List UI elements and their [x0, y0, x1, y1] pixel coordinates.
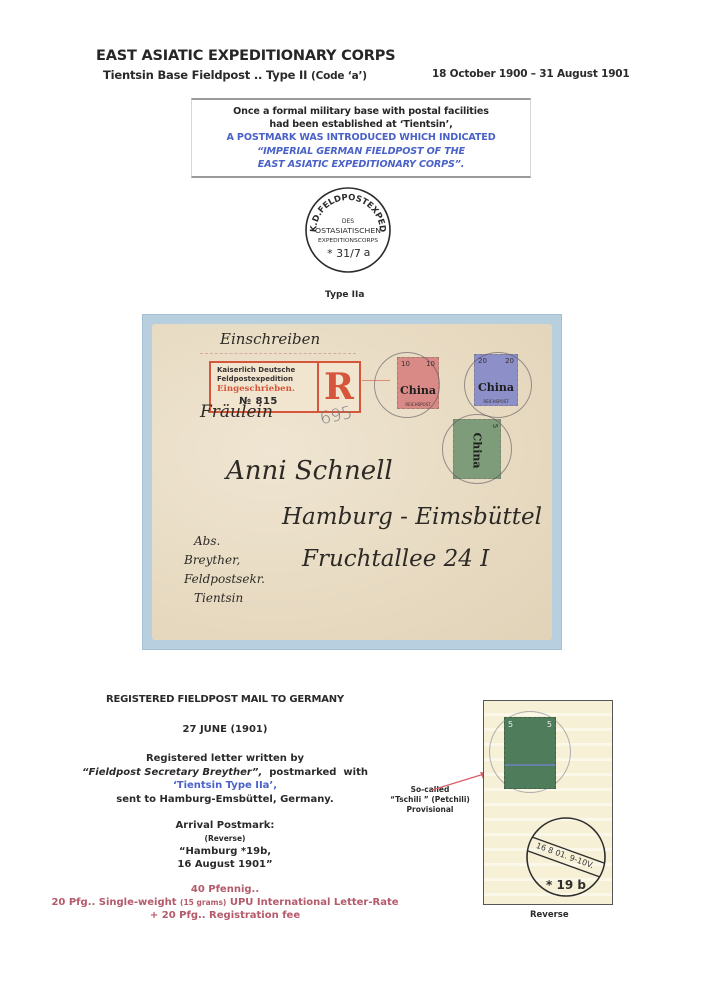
svg-text:EXPEDITIONSCORPS: EXPEDITIONSCORPS	[318, 238, 378, 244]
date-range: 18 October 1900 – 31 August 1901	[432, 68, 630, 80]
reverse-image: 5 5 16 8 01. 9-10V. * 19 b	[483, 700, 613, 905]
info-line-3: A POSTMARK WAS INTRODUCED WHICH INDICATE…	[192, 131, 530, 144]
svg-text:* 19 b: * 19 b	[546, 878, 586, 892]
svg-text:16 8 01. 9-10V.: 16 8 01. 9-10V.	[535, 841, 595, 870]
info-box: Once a formal military base with postal …	[191, 98, 531, 178]
reverse-caption: Reverse	[530, 910, 569, 920]
reverse-hamburg-cancel: 16 8 01. 9-10V. * 19 b	[524, 815, 608, 899]
handwriting-einschreiben: Einschreiben	[220, 330, 320, 348]
postmark-illustration: K.D.FELDPOSTEXPED DES OSTASIATISCHEN EXP…	[304, 186, 392, 274]
svg-text:* 31/7: * 31/7	[327, 247, 361, 260]
handwriting-salutation: Fräulein	[200, 402, 273, 422]
page-subtitle: Tientsin Base Fieldpost .. Type II (Code…	[103, 68, 367, 82]
cover-description: Registered letter written by “Fieldpost …	[40, 752, 410, 806]
subtitle-text: Tientsin Base Fieldpost .. Type II	[103, 68, 307, 82]
info-line-5: EAST ASIATIC EXPEDITIONARY CORPS”.	[192, 158, 530, 171]
tientsin-type-link-text: ‘Tientsin Type IIa’,	[40, 779, 410, 793]
cover-envelope: Einschreiben Kaiserlich Deutsche Feldpos…	[152, 324, 552, 640]
handwriting-name: Anni Schnell	[226, 456, 393, 486]
info-line-1: Once a formal military base with postal …	[192, 105, 530, 118]
section-heading: REGISTERED FIELDPOST MAIL TO GERMANY	[60, 694, 390, 705]
info-line-4: “IMPERIAL GERMAN FIELDPOST OF THE	[192, 145, 530, 158]
handwriting-street: Fruchtallee 24 I	[302, 546, 489, 572]
arrival-postmark-info: Arrival Postmark: (Reverse) “Hamburg *19…	[60, 819, 390, 871]
subtitle-code: (Code ‘a’)	[311, 70, 367, 82]
arrow-icon	[430, 770, 490, 792]
postage-rates: 40 Pfennig.. 20 Pfg.. Single-weight (15 …	[40, 883, 410, 922]
reg-label-r: R	[317, 363, 359, 411]
svg-text:OSTASIATISCHEN: OSTASIATISCHEN	[315, 226, 381, 235]
svg-text:a: a	[364, 246, 371, 259]
cancel-postmark	[464, 352, 532, 418]
cancel-postmark	[442, 414, 512, 484]
handwriting-sender: Abs. Breyther, Feldpostsekr. Tientsin	[184, 532, 265, 608]
reg-label-line1: Kaiserlich Deutsche Feldpostexpedition	[217, 366, 295, 384]
handwriting-city: Hamburg - Eimsbüttel	[282, 504, 542, 530]
svg-text:DES: DES	[342, 218, 354, 225]
info-line-2: had been established at ‘Tientsin’,	[192, 118, 530, 131]
cover-date: 27 JUNE (1901)	[60, 724, 390, 735]
page-title: EAST ASIATIC EXPEDITIONARY CORPS	[96, 48, 395, 64]
reg-label-eingeschrieben: Eingeschrieben.	[217, 384, 295, 394]
postmark-type-caption: Type IIa	[325, 290, 364, 300]
reverse-stamp-5pf: 5 5	[504, 717, 556, 789]
cancel-postmark	[374, 352, 440, 418]
